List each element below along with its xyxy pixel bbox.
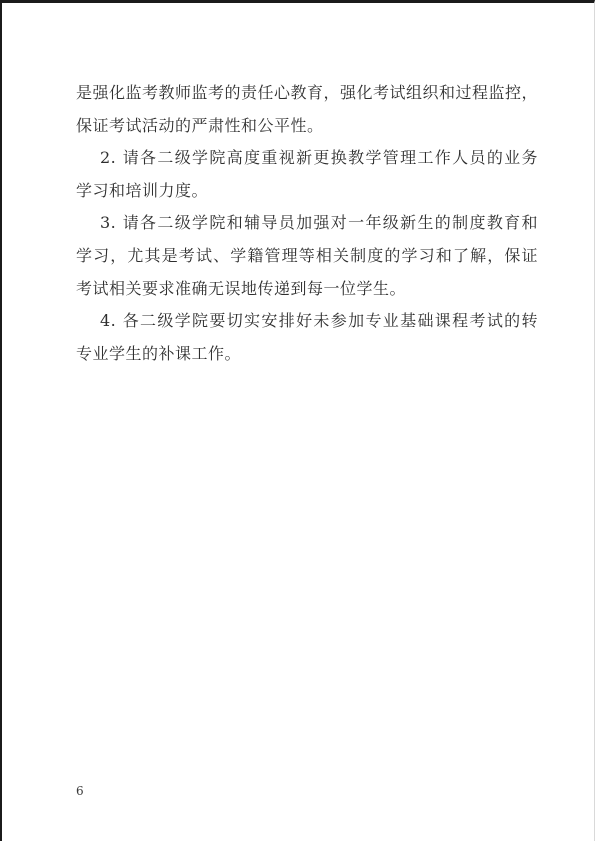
paragraph: 3. 请各二级学院和辅导员加强对一年级新生的制度教育和 学习，尤其是考试、学籍管… [76,207,538,305]
text-line: 2. 请各二级学院高度重视新更换教学管理工作人员的业务 [76,142,538,175]
page-number: 6 [76,783,84,799]
text-line: 4. 各二级学院要切实安排好未参加专业基础课程考试的转 [76,305,538,338]
text-line: 学习和培训力度。 [76,175,538,208]
paragraph: 是强化监考教师监考的责任心教育，强化考试组织和过程监控， 保证考试活动的严肃性和… [76,77,538,142]
text-line: 专业学生的补课工作。 [76,338,538,371]
text-line: 保证考试活动的严肃性和公平性。 [76,110,538,143]
document-body: 是强化监考教师监考的责任心教育，强化考试组织和过程监控， 保证考试活动的严肃性和… [76,77,538,370]
document-page: 是强化监考教师监考的责任心教育，强化考试组织和过程监控， 保证考试活动的严肃性和… [0,0,595,841]
paragraph: 4. 各二级学院要切实安排好未参加专业基础课程考试的转 专业学生的补课工作。 [76,305,538,370]
text-line: 是强化监考教师监考的责任心教育，强化考试组织和过程监控， [76,77,538,110]
text-line: 考试相关要求准确无误地传递到每一位学生。 [76,273,538,306]
text-line: 3. 请各二级学院和辅导员加强对一年级新生的制度教育和 [76,207,538,240]
paragraph: 2. 请各二级学院高度重视新更换教学管理工作人员的业务 学习和培训力度。 [76,142,538,207]
text-line: 学习，尤其是考试、学籍管理等相关制度的学习和了解，保证 [76,240,538,273]
